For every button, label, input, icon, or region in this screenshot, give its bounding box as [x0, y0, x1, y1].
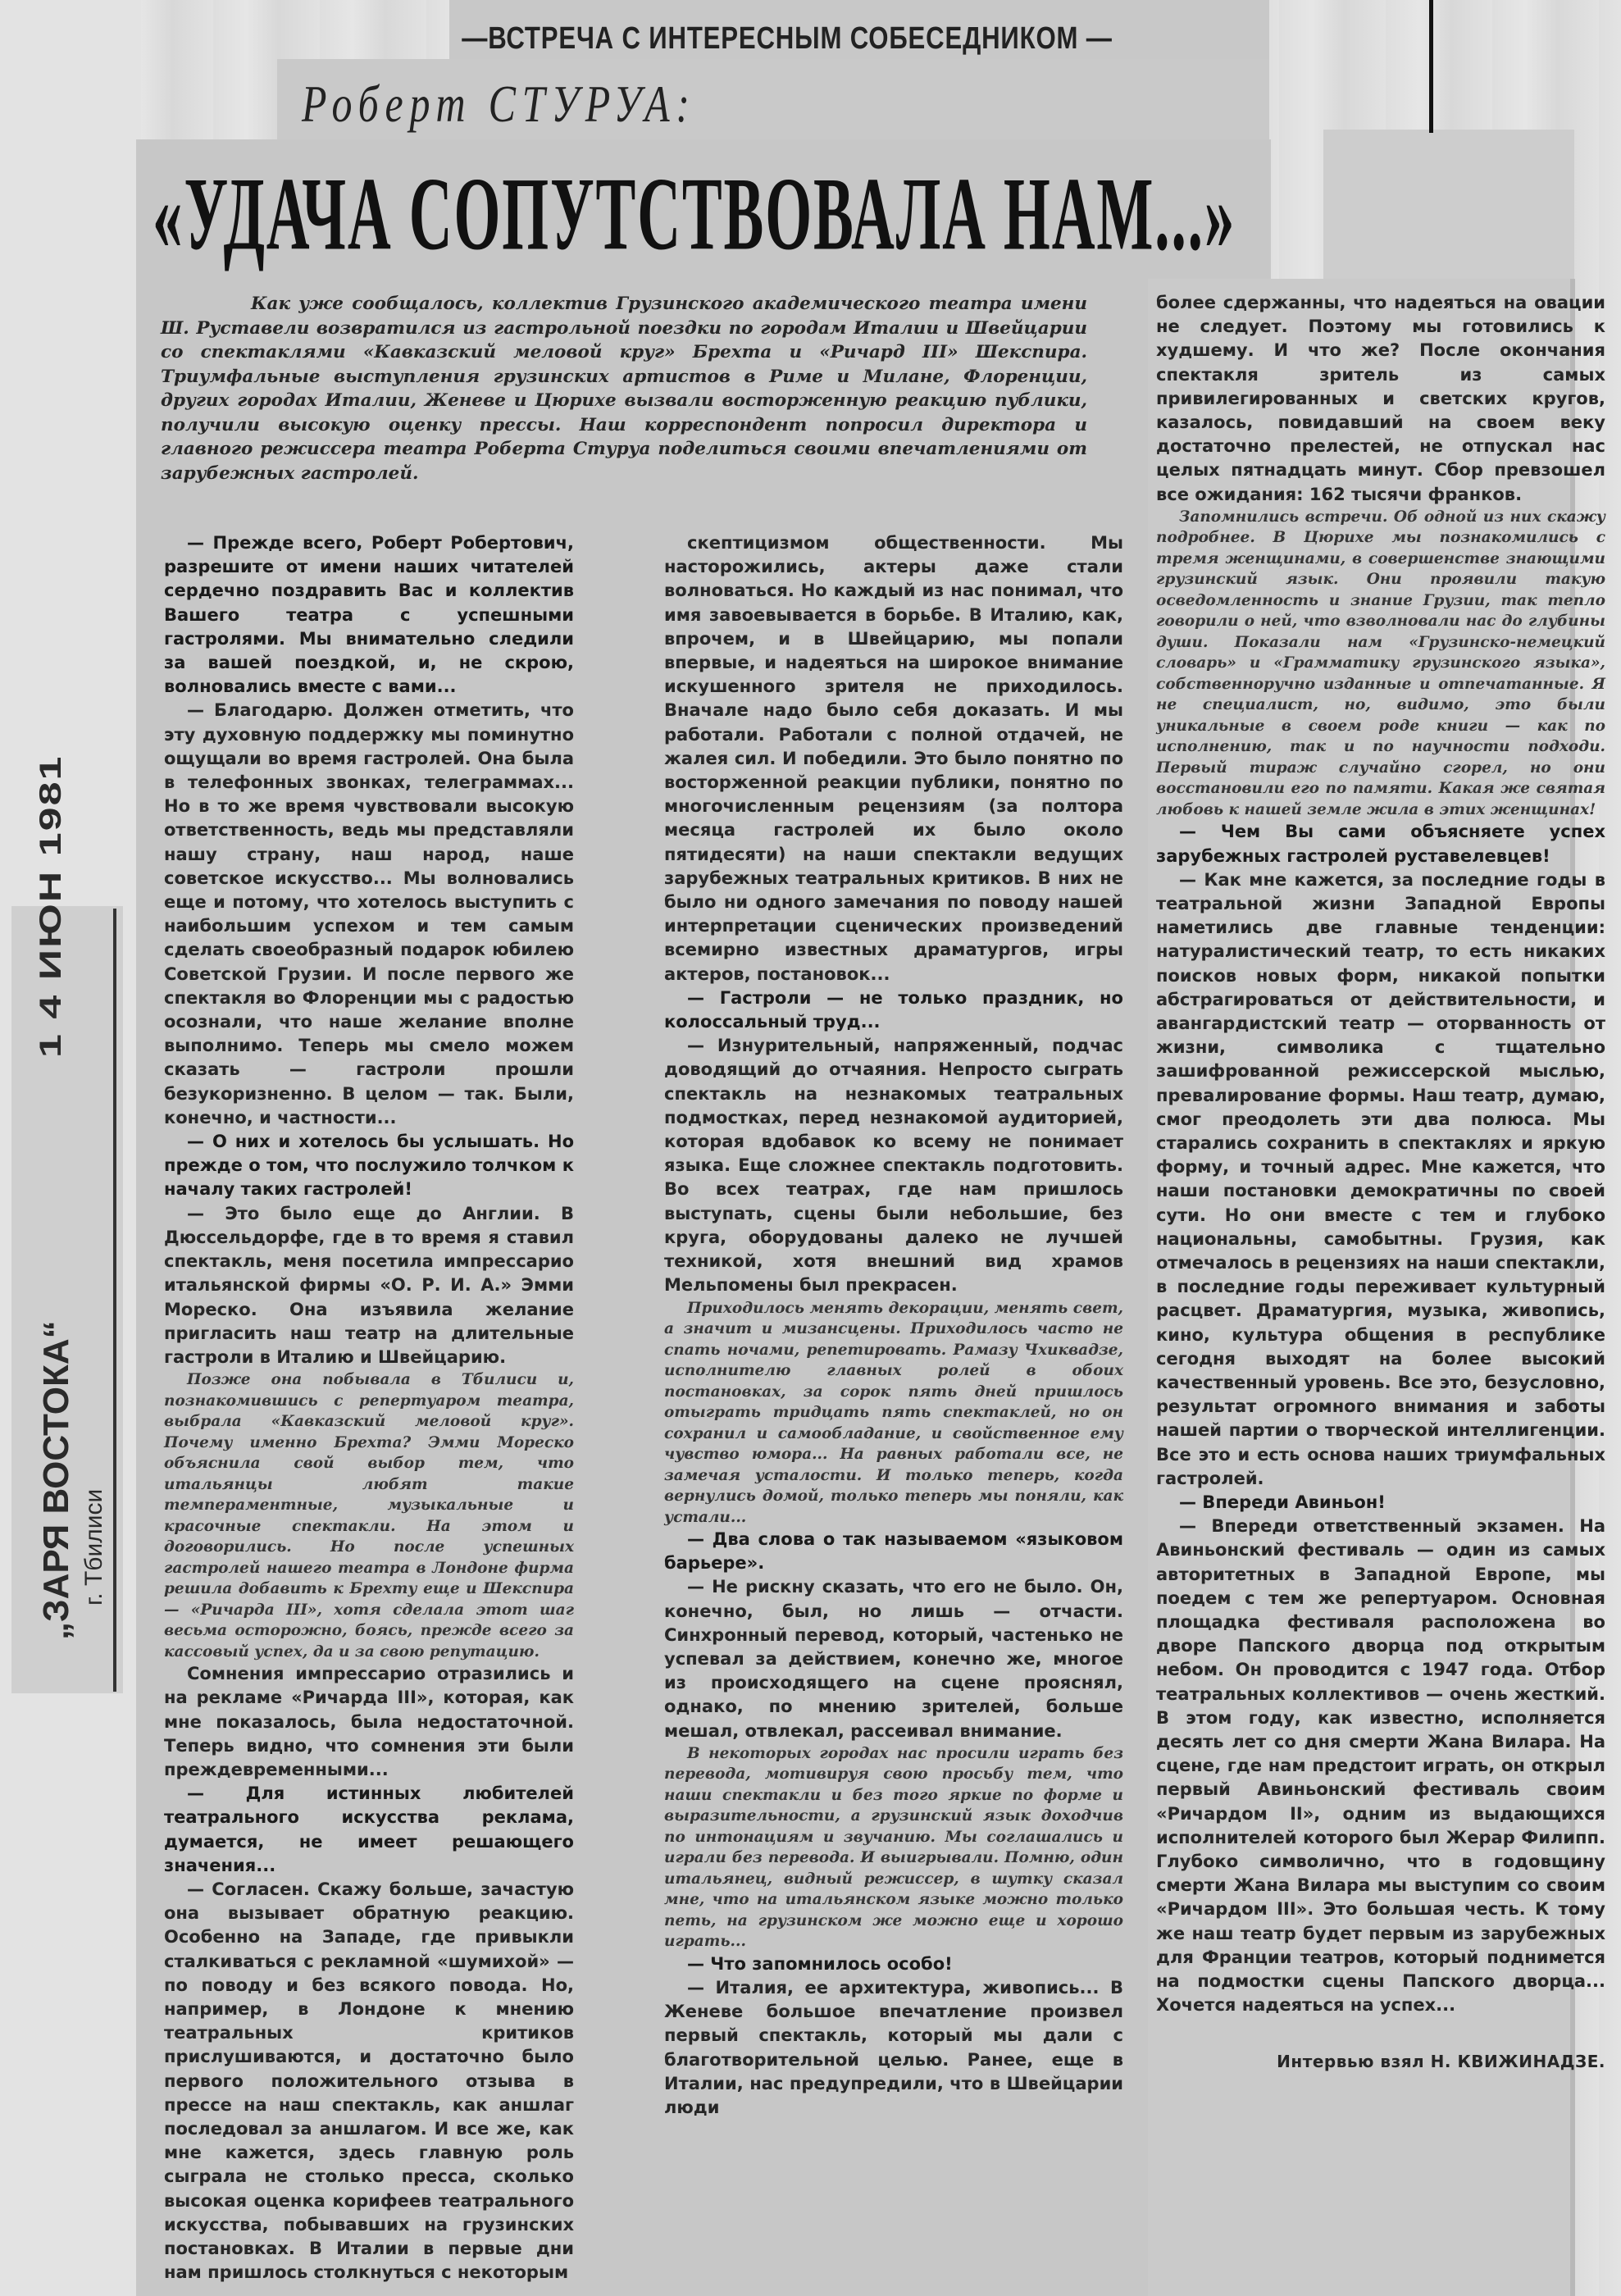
interview-question: — Гастроли — не только праздник, но коло… — [664, 986, 1123, 1034]
author-signature: Интервью взял Н. КВИЖИНАДЗЕ. — [1156, 2050, 1605, 2074]
italic-paragraph: Запомнились встречи. Об одной из них ска… — [1156, 507, 1605, 821]
article-column-3: более сдержанны, что надеяться на овации… — [1156, 291, 1605, 2075]
interview-answer: — Благодарю. Должен отметить, что эту ду… — [164, 699, 574, 1130]
interview-answer: — Впереди ответственный экзамен. На Авин… — [1156, 1515, 1605, 2017]
interview-question: — Два слова о так называемом «языковом б… — [664, 1528, 1123, 1575]
italic-paragraph: Позже она побывала в Тбилиси и, познаком… — [164, 1369, 574, 1662]
article-headline: «УДАЧА СОПУТСТВОВАЛА НАМ...» — [153, 154, 1236, 275]
interview-answer: — Согласен. Скажу больше, зачастую она в… — [164, 1878, 574, 2285]
interview-answer: скептицизмом общественности. Мы насторож… — [664, 531, 1123, 986]
italic-paragraph: Приходилось менять декорации, менять све… — [664, 1298, 1123, 1528]
article-lead: Как уже сообщалось, коллектив Грузинског… — [161, 292, 1087, 485]
interview-answer: Сомнения импрессарио отразились и на рек… — [164, 1662, 574, 1782]
italic-paragraph: В некоторых городах нас просили играть б… — [664, 1743, 1123, 1952]
interview-answer: — Изнурительный, напряженный, подчас дов… — [664, 1034, 1123, 1297]
rubric-heading: —ВСТРЕЧА С ИНТЕРЕСНЫМ СОБЕСЕДНИКОМ — — [451, 21, 1123, 57]
stamp-newspaper-name: „ЗАРЯ ВОСТОКА“ — [36, 1320, 77, 1640]
interview-answer: — Не рискну сказать, что его не было. Он… — [664, 1575, 1123, 1742]
interview-question: — Прежде всего, Роберт Робертович, разре… — [164, 531, 574, 699]
interview-question: — Что запомнилось особо! — [664, 1952, 1123, 1976]
interview-question: — Для истинных любителей театрального ис… — [164, 1782, 574, 1878]
stamp-divider-line — [113, 909, 116, 1692]
article-column-1: — Прежде всего, Роберт Робертович, разре… — [164, 531, 574, 2285]
interview-answer: — Это было еще до Англии. В Дюссельдорфе… — [164, 1202, 574, 1369]
interview-question: — Чем Вы сами объясняете успех зарубежны… — [1156, 820, 1605, 868]
interview-answer: — Как мне кажется, за последние годы в т… — [1156, 868, 1605, 1491]
stamp-city: г. Тбилиси — [80, 1489, 108, 1606]
stamp-date: 1 4 ИЮН 1981 — [33, 755, 68, 1058]
interviewee-name: Роберт СТУРУА: — [302, 74, 696, 134]
interview-question: — О них и хотелось бы услышать. Но прежд… — [164, 1130, 574, 1202]
vertical-rule — [1429, 0, 1433, 133]
clipping-right-top-piece — [1323, 130, 1574, 285]
interview-answer: — Италия, ее архитектура, живопись... В … — [664, 1976, 1123, 2120]
article-column-2: скептицизмом общественности. Мы насторож… — [664, 531, 1123, 2120]
interview-answer: более сдержанны, что надеяться на овации… — [1156, 291, 1605, 507]
interview-question: — Впереди Авиньон! — [1156, 1491, 1605, 1515]
